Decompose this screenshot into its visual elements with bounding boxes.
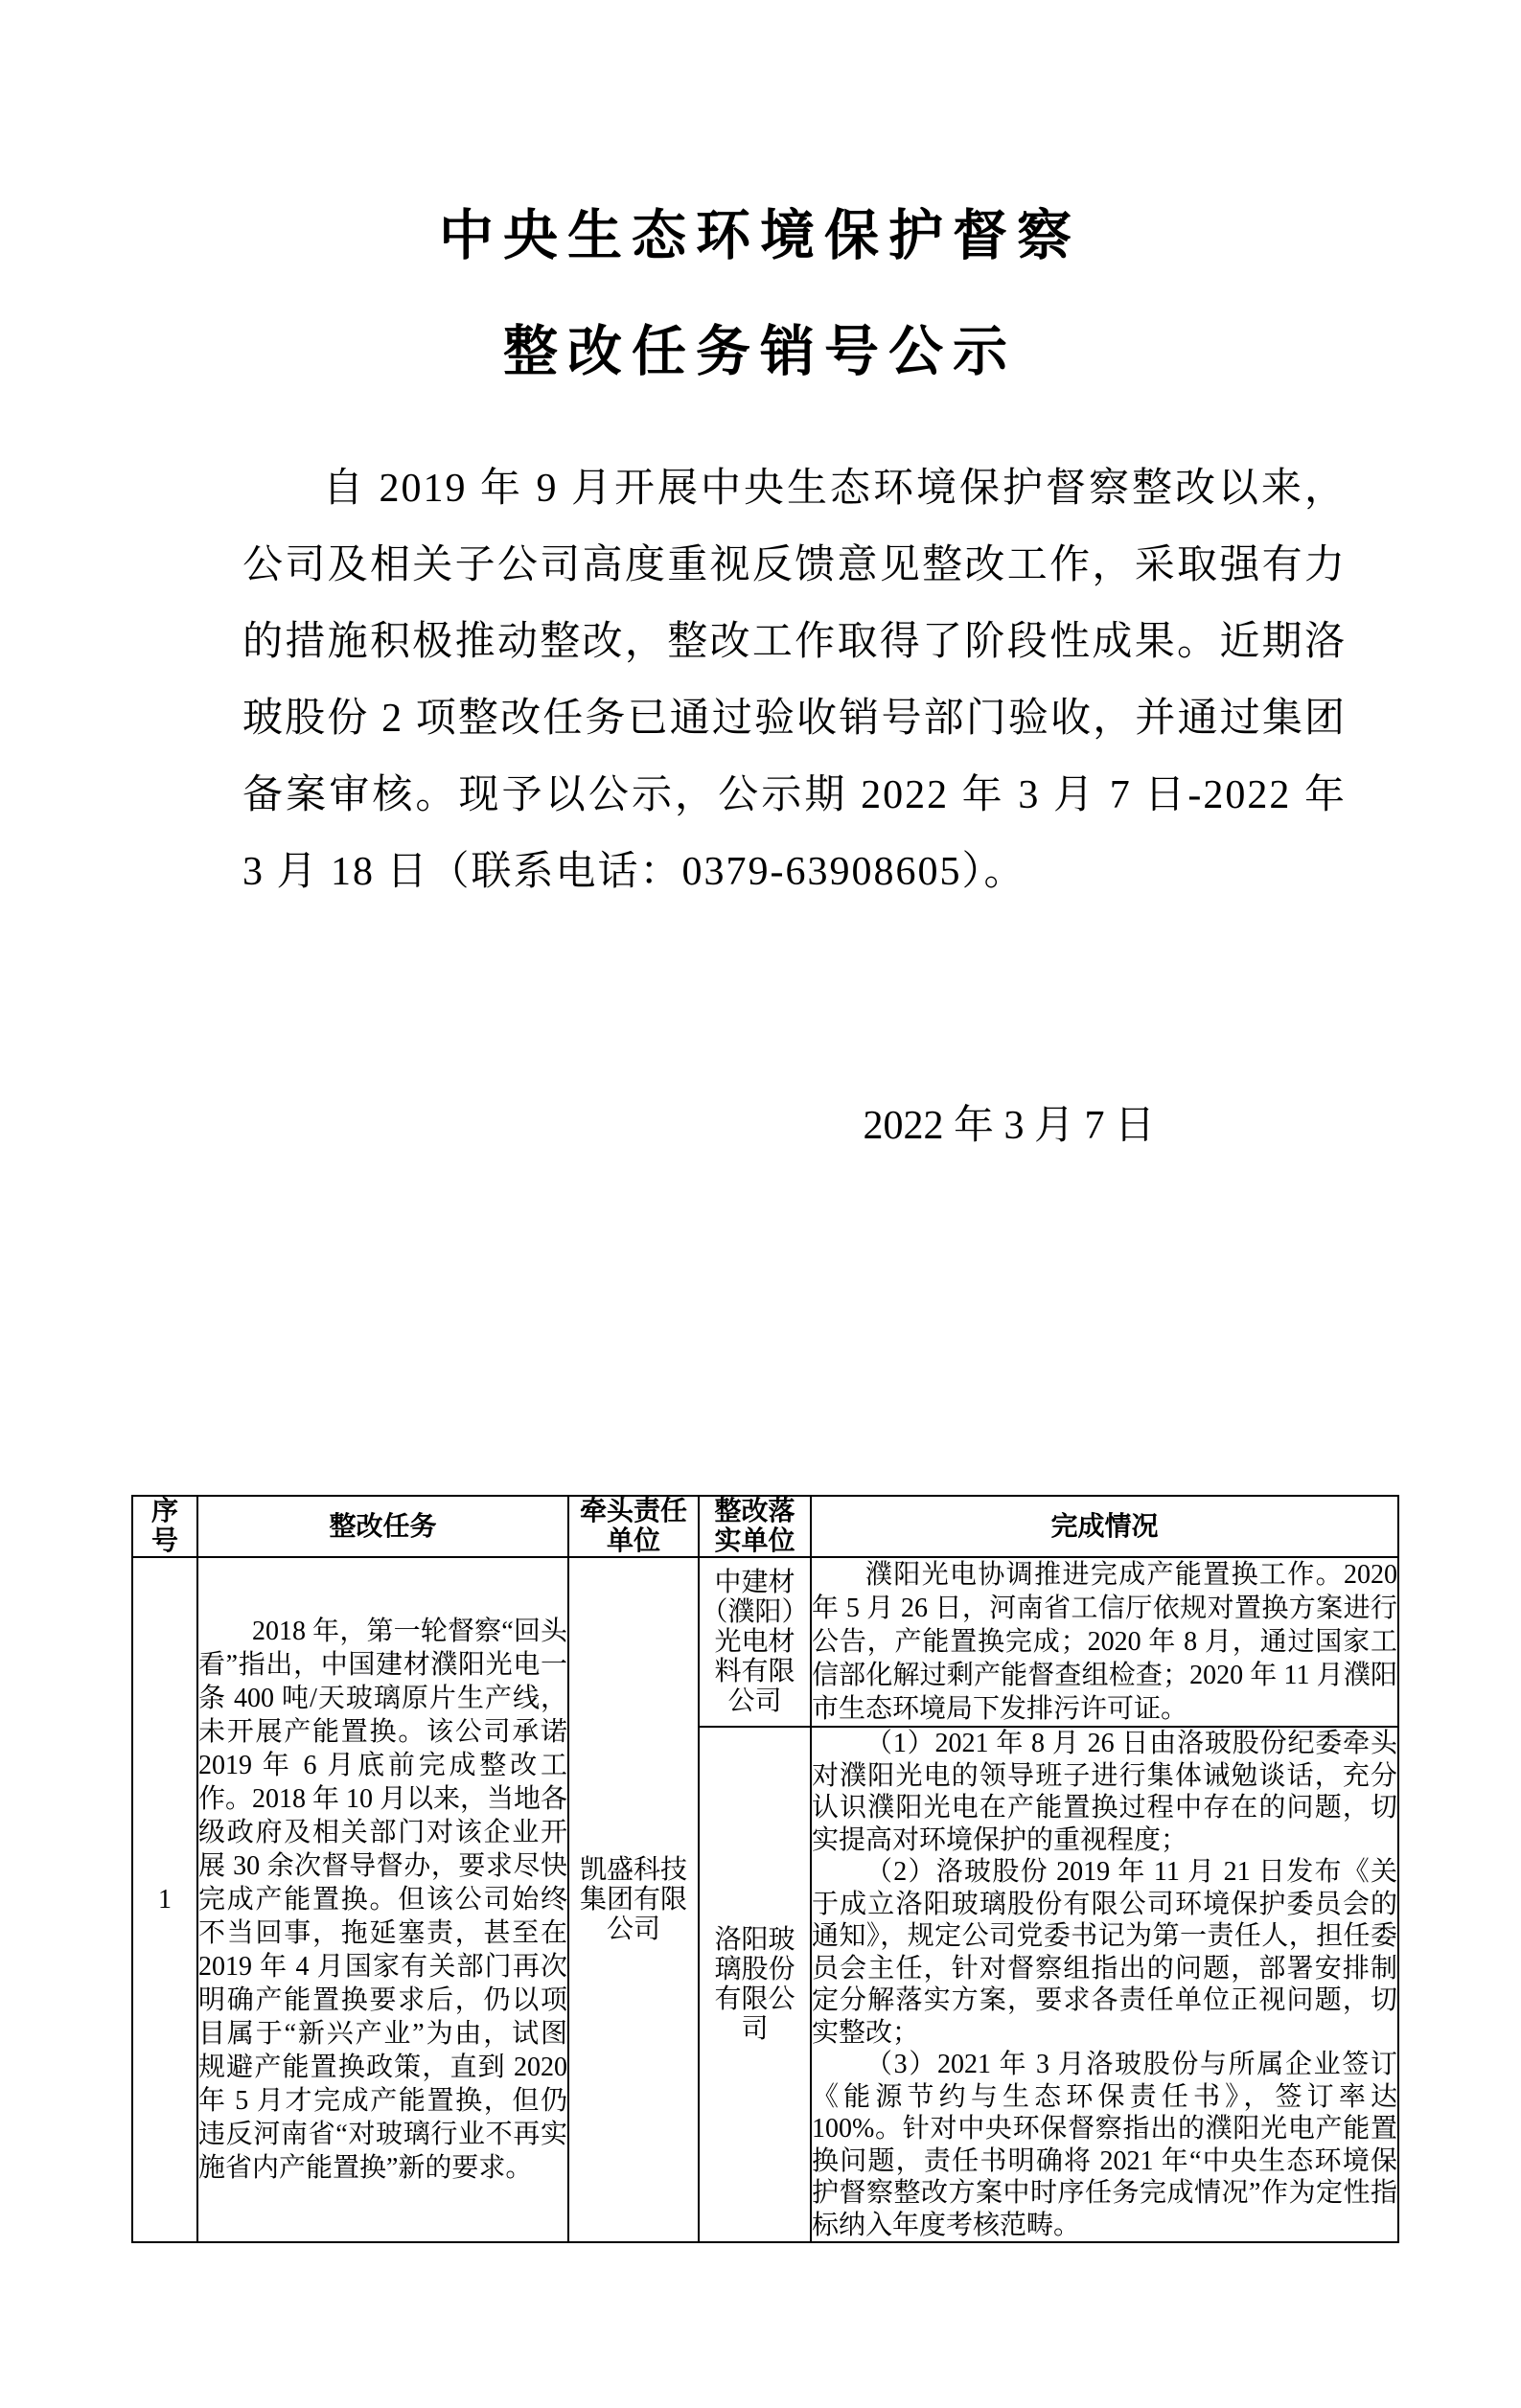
completion-paragraph: （3）2021 年 3 月洛玻股份与所属企业签订《能源节约与生态环保责任书》，签… (812, 2049, 1397, 2241)
table-row: 1 2018 年，第一轮督察“回头看”指出，中国建材濮阳光电一条 400 吨/天… (132, 1557, 1398, 1727)
title-line-1: 中央生态环境保护督察 (123, 203, 1397, 270)
title-line-2: 整改任务销号公示 (123, 319, 1397, 386)
completion-paragraph: 濮阳光电协调推进完成产能置换工作。2020 年 5 月 26 日，河南省工信厅依… (812, 1558, 1397, 1726)
header-implement-unit: 整改落 实单位 (699, 1496, 811, 1557)
header-lead-unit: 牵头责任 单位 (568, 1496, 699, 1557)
table-header-row: 序 号 整改任务 牵头责任 单位 整改落 实单位 完成情况 (132, 1496, 1398, 1557)
cell-completion-1: 濮阳光电协调推进完成产能置换工作。2020 年 5 月 26 日，河南省工信厅依… (811, 1557, 1398, 1727)
rectification-task-table: 序 号 整改任务 牵头责任 单位 整改落 实单位 完成情况 1 2018 年，第… (131, 1495, 1399, 2243)
header-completion: 完成情况 (811, 1496, 1398, 1557)
header-task: 整改任务 (197, 1496, 568, 1557)
completion-paragraph: （1）2021 年 8 月 26 日由洛玻股份纪委牵头对濮阳光电的领导班子进行集… (812, 1728, 1397, 1856)
header-index: 序 号 (132, 1496, 197, 1557)
date-line: 2022 年 3 月 7 日 (242, 1088, 1347, 1164)
body-paragraph: 自 2019 年 9 月开展中央生态环境保护督察整改以来，公司及相关子公司高度重… (242, 450, 1347, 910)
document-title: 中央生态环境保护督察 整改任务销号公示 (123, 203, 1397, 386)
cell-implement-unit-2: 洛阳玻 璃股份 有限公 司 (699, 1727, 811, 2242)
cell-lead-unit: 凯盛科技 集团有限 公司 (568, 1557, 699, 2242)
cell-completion-2: （1）2021 年 8 月 26 日由洛玻股份纪委牵头对濮阳光电的领导班子进行集… (811, 1727, 1398, 2242)
completion-paragraph: （2）洛玻股份 2019 年 11 月 21 日发布《关于成立洛阳玻璃股份有限公… (812, 1856, 1397, 2049)
document-page: 中央生态环境保护督察 整改任务销号公示 自 2019 年 9 月开展中央生态环境… (0, 0, 1521, 2408)
cell-index: 1 (132, 1557, 197, 2242)
task-paragraph: 2018 年，第一轮督察“回头看”指出，中国建材濮阳光电一条 400 吨/天玻璃… (198, 1615, 567, 2185)
cell-implement-unit-1: 中建材 （濮阳） 光电材 料有限 公司 (699, 1557, 811, 1727)
cell-task: 2018 年，第一轮督察“回头看”指出，中国建材濮阳光电一条 400 吨/天玻璃… (197, 1557, 568, 2242)
